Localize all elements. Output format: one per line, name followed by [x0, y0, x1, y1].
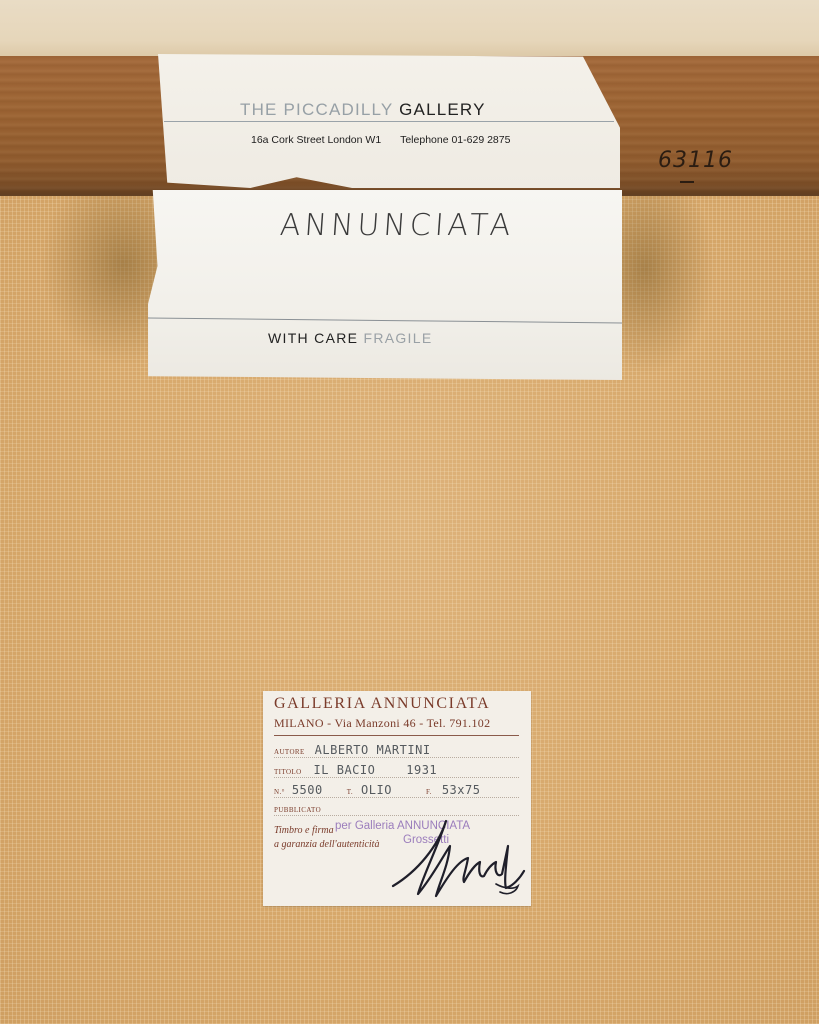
inventory-number: 63116 [658, 148, 733, 173]
note-line1: Timbro e firma [274, 825, 334, 836]
field-value: IL BACIO 1931 [314, 763, 438, 777]
field-value-tecnica: OLIO [361, 783, 392, 797]
field-label: PUBBLICATO [274, 806, 321, 814]
with-care-label: ANNUNCIATA WITH CARE FRAGILE [148, 190, 622, 380]
care-text-light: FRAGILE [363, 330, 432, 346]
stretcher-shadow-right [615, 196, 715, 376]
field-value-formato: 53x75 [442, 783, 481, 797]
piccadilly-rule [164, 121, 614, 122]
signature-icon [388, 816, 528, 901]
field-label: N.° [274, 788, 285, 796]
annunciata-rule [274, 735, 519, 736]
care-rule [148, 318, 622, 324]
field-pubblicato: PUBBLICATO [274, 799, 519, 816]
field-numero: N.° 5500 T. OLIO F. 53x75 [274, 781, 519, 798]
backboard-top [0, 0, 819, 58]
field-autore: AUTORE ALBERTO MARTINI [274, 741, 519, 758]
annunciata-title: GALLERIA ANNUNCIATA [274, 695, 490, 713]
piccadilly-title: THE PICCADILLY GALLERY [240, 100, 486, 120]
inventory-underline [680, 181, 694, 183]
field-label-tecnica: T. [347, 788, 353, 796]
field-label: AUTORE [274, 748, 305, 756]
piccadilly-address: 16a Cork Street London W1 [251, 134, 381, 146]
piccadilly-address-line: 16a Cork Street London W1 Telephone 01-6… [251, 134, 510, 146]
care-text: WITH CARE FRAGILE [268, 330, 432, 346]
field-label: TITOLO [274, 768, 302, 776]
field-value: 5500 [292, 783, 323, 797]
piccadilly-title-dark: GALLERY [399, 100, 486, 119]
piccadilly-title-light: THE PICCADILLY [240, 100, 393, 119]
annunciata-subtitle: MILANO - Via Manzoni 46 - Tel. 791.102 [274, 716, 490, 731]
stretcher-shadow-left [40, 196, 160, 366]
field-label-formato: F. [426, 788, 432, 796]
care-text-dark: WITH CARE [268, 330, 358, 346]
handwritten-title: ANNUNCIATA [279, 208, 516, 243]
field-titolo: TITOLO IL BACIO 1931 [274, 761, 519, 778]
field-value: ALBERTO MARTINI [315, 743, 431, 757]
piccadilly-telephone: Telephone 01-629 2875 [400, 134, 510, 146]
galleria-annunciata-label: GALLERIA ANNUNCIATA MILANO - Via Manzoni… [263, 691, 531, 906]
piccadilly-gallery-label: THE PICCADILLY GALLERY 16a Cork Street L… [158, 54, 620, 188]
